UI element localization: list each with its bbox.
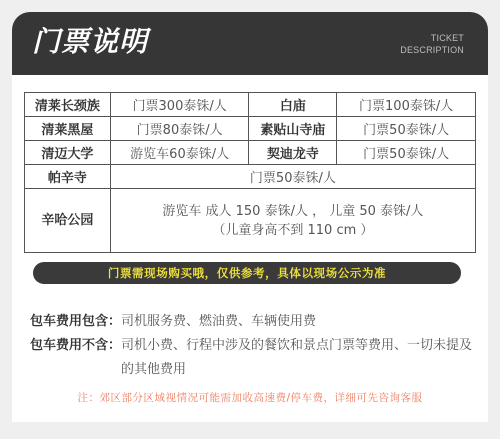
fee-excluded-value: 司机小费、行程中涉及的餐饮和景点门票等费用、一切未提及的其他费用	[121, 334, 475, 382]
fee-included-label: 包车费用包含：	[30, 310, 121, 334]
fee-excluded-label: 包车费用不含：	[30, 334, 121, 382]
table-row: 帕辛寺 门票50泰铢/人	[25, 165, 476, 189]
table-row: 清莱黑屋 门票80泰铢/人 素贴山寺庙 门票50泰铢/人	[25, 117, 476, 141]
fee-included-value: 司机服务费、燃油费、车辆使用费	[121, 310, 316, 334]
fee-included-row: 包车费用包含： 司机服务费、燃油费、车辆使用费	[30, 310, 475, 334]
attraction-name: 清迈大学	[25, 141, 111, 165]
attraction-name: 清莱黑屋	[25, 117, 111, 141]
ticket-price: 门票80泰铢/人	[110, 117, 249, 141]
table-row: 辛哈公园 游览车 成人 150 泰铢/人 ， 儿童 50 泰铢/人 （儿童身高不…	[25, 189, 476, 253]
page-subtitle: TICKET DESCRIPTION	[400, 32, 464, 56]
ticket-info-card: 门票说明 TICKET DESCRIPTION 清莱长颈族 门票300泰铢/人 …	[12, 12, 488, 422]
notice-banner: 门票需现场购买哦，仅供参考，具体以现场公示为准	[33, 262, 461, 284]
attraction-name: 白庙	[249, 93, 337, 117]
header-bar: 门票说明 TICKET DESCRIPTION	[12, 12, 488, 75]
footnote: 注：郊区部分区域视情况可能需加收高速费/停车费，详细可先咨询客服	[12, 390, 488, 405]
attraction-name: 契迪龙寺	[249, 141, 337, 165]
ticket-price: 游览车 成人 150 泰铢/人 ， 儿童 50 泰铢/人 （儿童身高不到 110…	[110, 189, 475, 253]
attraction-name: 辛哈公园	[25, 189, 111, 253]
attraction-name: 帕辛寺	[25, 165, 111, 189]
ticket-price: 门票100泰铢/人	[337, 93, 476, 117]
table-row: 清迈大学 游览车60泰铢/人 契迪龙寺 门票50泰铢/人	[25, 141, 476, 165]
subtitle-line-1: TICKET	[400, 32, 464, 44]
ticket-price: 门票50泰铢/人	[110, 165, 475, 189]
ticket-price-line-1: 游览车 成人 150 泰铢/人 ， 儿童 50 泰铢/人	[113, 202, 473, 221]
ticket-price: 门票50泰铢/人	[337, 141, 476, 165]
ticket-price-line-2: （儿童身高不到 110 cm ）	[113, 221, 473, 240]
ticket-price: 游览车60泰铢/人	[110, 141, 249, 165]
attraction-name: 清莱长颈族	[25, 93, 111, 117]
fee-excluded-row: 包车费用不含： 司机小费、行程中涉及的餐饮和景点门票等费用、一切未提及的其他费用	[30, 334, 475, 382]
subtitle-line-2: DESCRIPTION	[400, 44, 464, 56]
attraction-name: 素贴山寺庙	[249, 117, 337, 141]
page-title: 门票说明	[32, 25, 148, 59]
ticket-price-table: 清莱长颈族 门票300泰铢/人 白庙 门票100泰铢/人 清莱黑屋 门票80泰铢…	[24, 92, 476, 253]
table-row: 清莱长颈族 门票300泰铢/人 白庙 门票100泰铢/人	[25, 93, 476, 117]
ticket-price: 门票50泰铢/人	[337, 117, 476, 141]
ticket-price: 门票300泰铢/人	[110, 93, 249, 117]
fee-details: 包车费用包含： 司机服务费、燃油费、车辆使用费 包车费用不含： 司机小费、行程中…	[30, 310, 475, 382]
